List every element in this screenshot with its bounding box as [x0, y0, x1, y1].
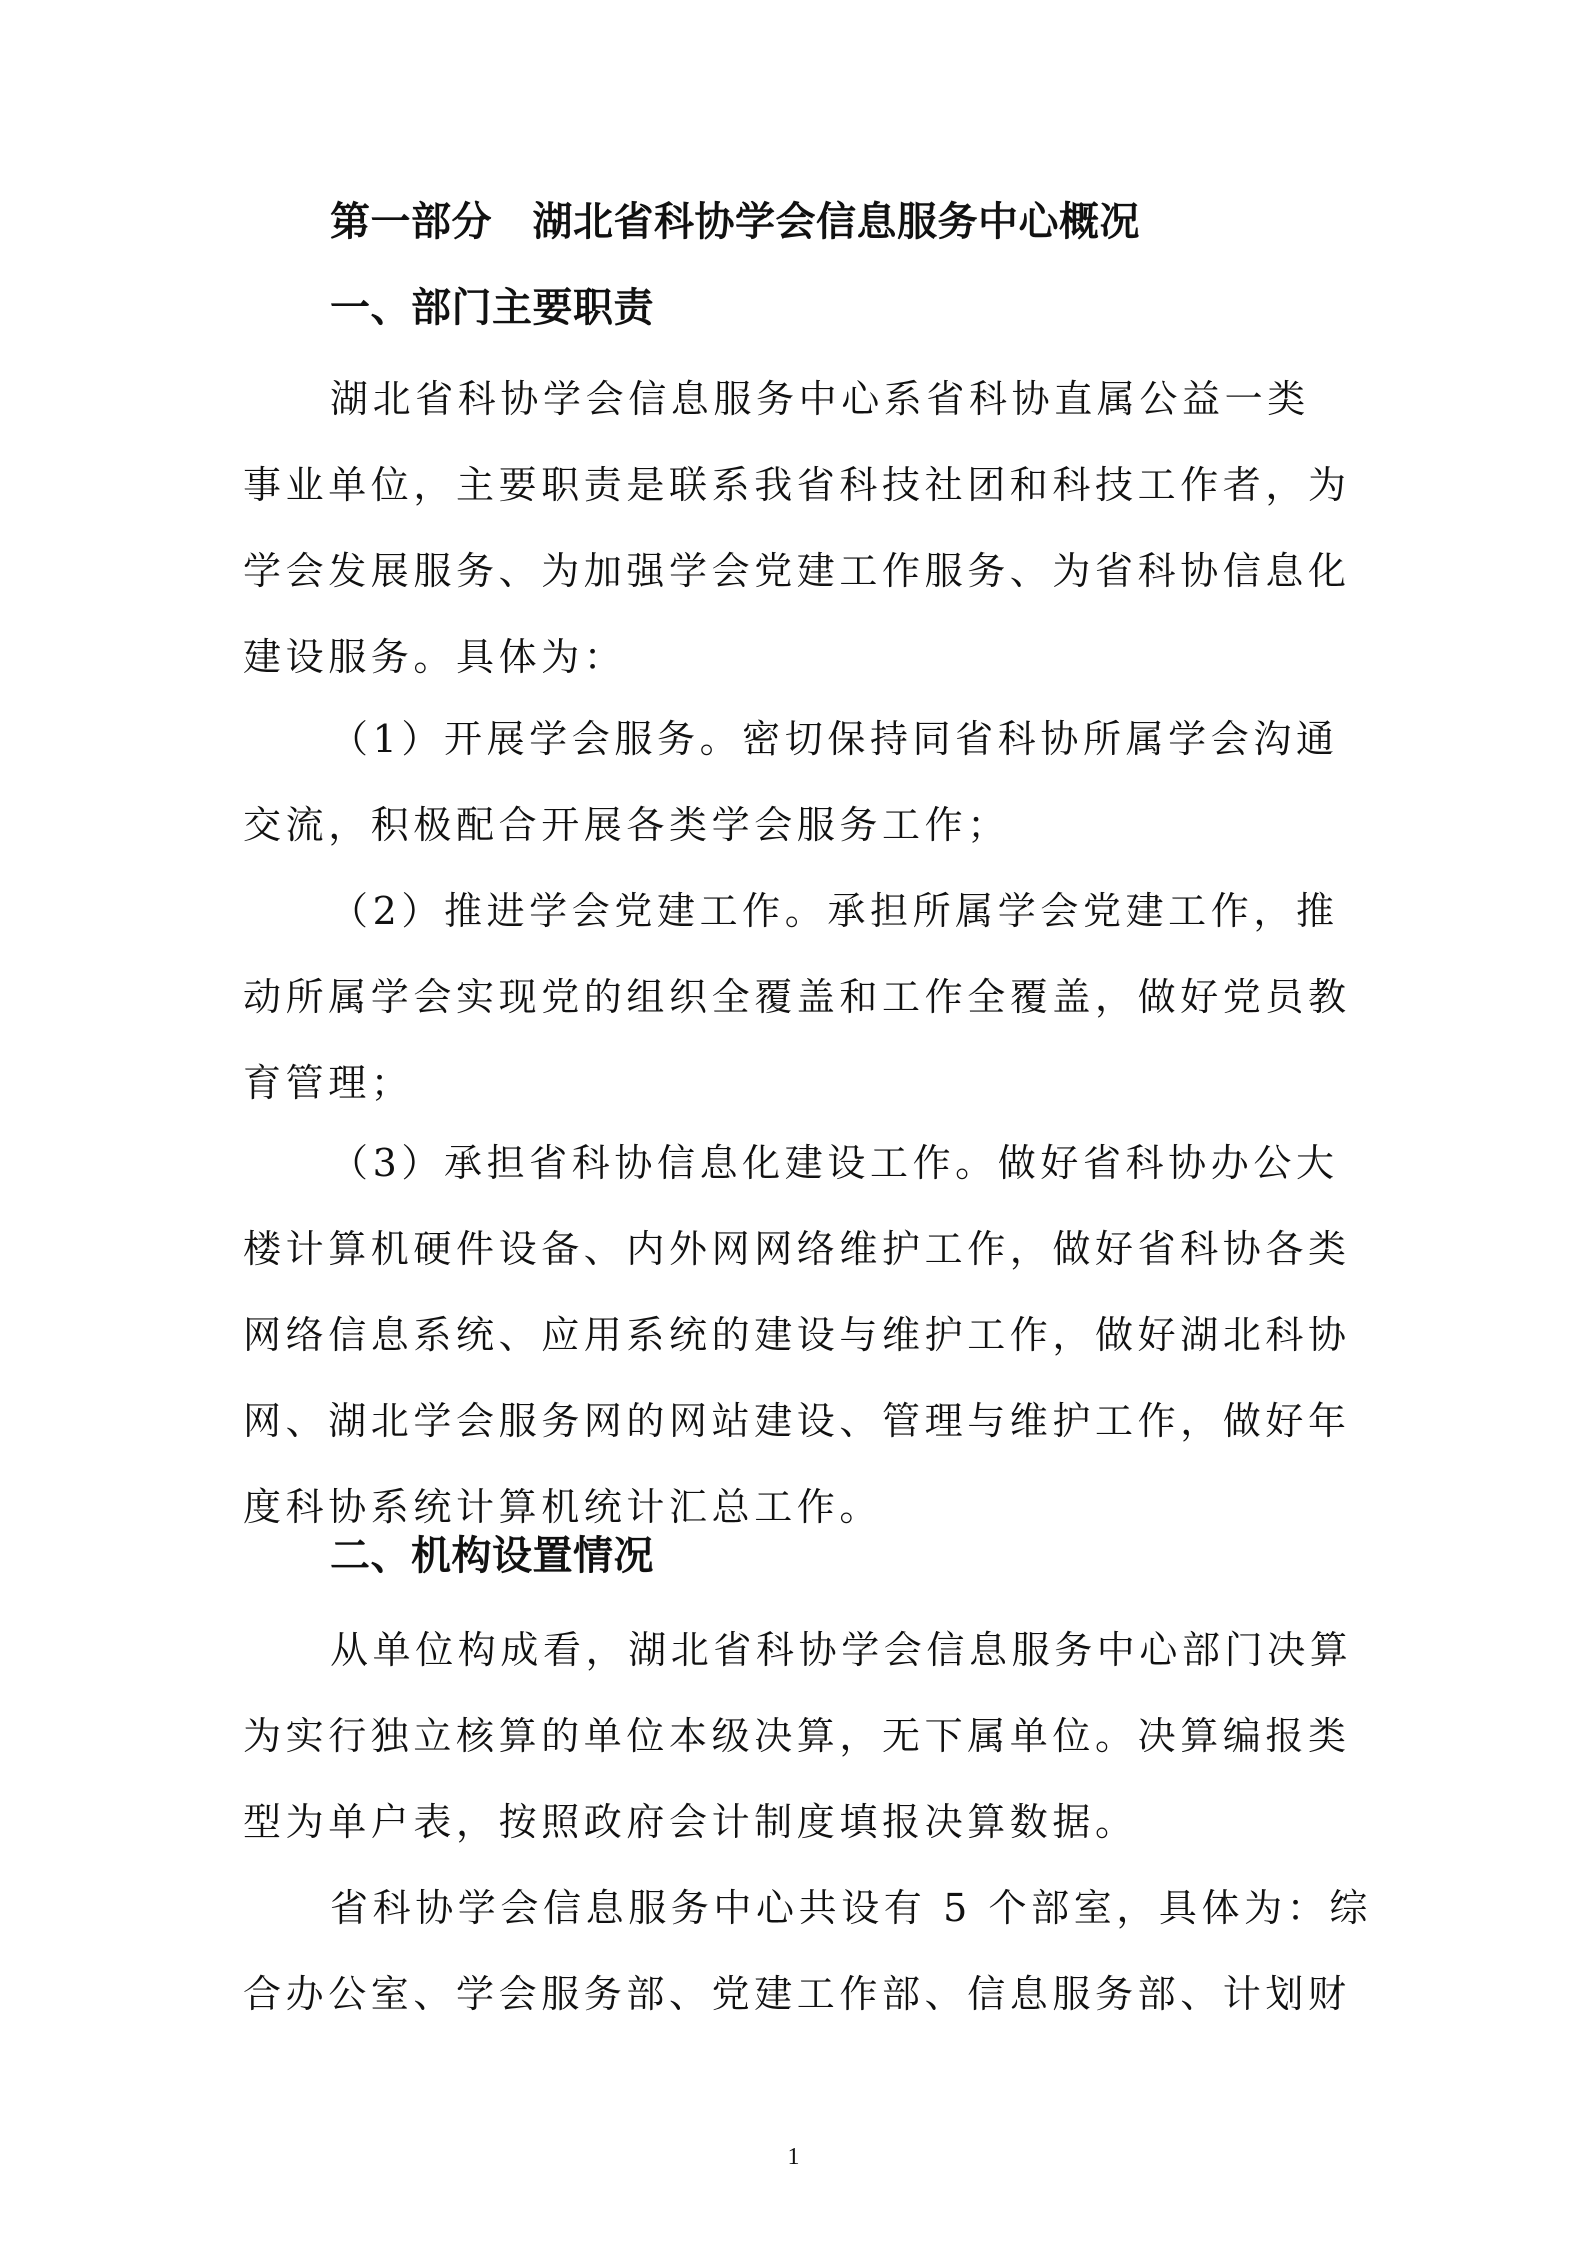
- list-item-line: 度科协系统计算机统计汇总工作。: [243, 1485, 1353, 1529]
- paragraph-line: 为实行独立核算的单位本级决算，无下属单位。决算编报类: [243, 1714, 1353, 1758]
- section-heading-duties: 一、部门主要职责: [330, 286, 1440, 330]
- paragraph-line: 合办公室、学会服务部、党建工作部、信息服务部、计划财: [243, 1972, 1353, 2016]
- paragraph-line: 从单位构成看，湖北省科协学会信息服务中心部门决算: [330, 1628, 1353, 1672]
- list-item-line: （2）推进学会党建工作。承担所属学会党建工作，推: [330, 889, 1353, 933]
- paragraph-line: 建设服务。具体为：: [243, 635, 1353, 679]
- list-item-line: 动所属学会实现党的组织全覆盖和工作全覆盖，做好党员教: [243, 975, 1353, 1019]
- list-item-line: 交流，积极配合开展各类学会服务工作；: [243, 803, 1353, 847]
- list-item-line: 育管理；: [243, 1061, 1353, 1105]
- paragraph-line: 事业单位，主要职责是联系我省科技社团和科技工作者，为: [243, 463, 1353, 507]
- paragraph-line: 学会发展服务、为加强学会党建工作服务、为省科协信息化: [243, 549, 1353, 593]
- paragraph-line: 湖北省科协学会信息服务中心系省科协直属公益一类: [330, 377, 1353, 421]
- document-page: 第一部分 湖北省科协学会信息服务中心概况 一、部门主要职责 湖北省科协学会信息服…: [0, 0, 1587, 2245]
- list-item-line: 网、湖北学会服务网的网站建设、管理与维护工作，做好年: [243, 1399, 1353, 1443]
- section-heading-structure: 二、机构设置情况: [330, 1534, 1440, 1578]
- paragraph-line: 省科协学会信息服务中心共设有 5 个部室，具体为：综: [330, 1886, 1353, 1930]
- list-item-line: （1）开展学会服务。密切保持同省科协所属学会沟通: [330, 717, 1353, 761]
- list-item-line: 楼计算机硬件设备、内外网网络维护工作，做好省科协各类: [243, 1227, 1353, 1271]
- list-item-line: （3）承担省科协信息化建设工作。做好省科协办公大: [330, 1141, 1353, 1185]
- paragraph-line: 型为单户表，按照政府会计制度填报决算数据。: [243, 1800, 1353, 1844]
- list-item-line: 网络信息系统、应用系统的建设与维护工作，做好湖北科协: [243, 1313, 1353, 1357]
- page-number: 1: [0, 2144, 1587, 2171]
- part-title: 第一部分 湖北省科协学会信息服务中心概况: [330, 200, 1440, 244]
